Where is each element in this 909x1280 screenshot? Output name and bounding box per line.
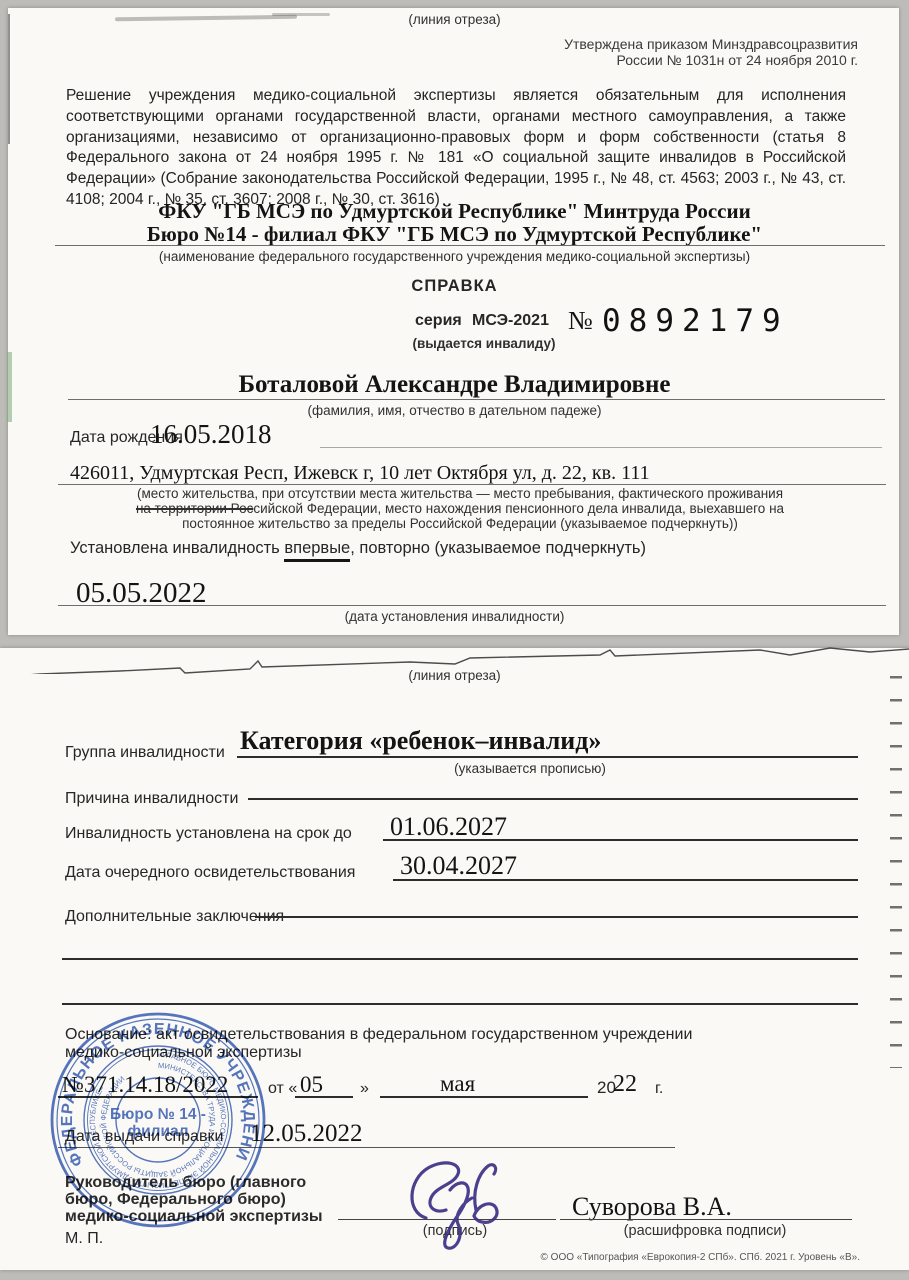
address-caption-line1: (место жительства, при отсутствии места … (60, 487, 860, 502)
blank-line-2 (62, 1003, 858, 1005)
next-exam-value: 30.04.2027 (400, 851, 517, 881)
additional-line (255, 916, 858, 918)
act-from-label: от « (268, 1080, 297, 1098)
certificate-title: СПРАВКА (0, 277, 909, 296)
scan-edge-line (8, 14, 10, 144)
address-caption-line2: на территории Российской Федерации, мест… (60, 502, 860, 517)
cut-line-label-bottom: (линия отреза) (0, 668, 909, 683)
address-caption-line3: постоянное жительство за пределы Российс… (60, 517, 860, 532)
cause-line (248, 798, 858, 800)
blank-line-1 (62, 958, 858, 960)
signer-name-line (560, 1219, 852, 1220)
org-name-line1: ФКУ "ГБ МСЭ по Удмуртской Республике" Ми… (0, 199, 909, 224)
act-year-written: 22 (613, 1071, 637, 1098)
act-month: мая (440, 1071, 475, 1097)
act-day-line (295, 1096, 353, 1098)
signer-name: Суворова В.А. (572, 1192, 732, 1222)
established-label-pre: Установлена инвалидность (70, 539, 284, 557)
series-value: МСЭ-2021 (472, 312, 549, 330)
birth-date-value: 16.05.2018 (150, 419, 272, 450)
address-value: 426011, Удмуртская Респ, Ижевск г, 10 ле… (70, 462, 650, 485)
stamp-center-line1: Бюро № 14 - (110, 1106, 206, 1123)
act-month-line (380, 1096, 588, 1098)
address-underline (58, 484, 886, 485)
printer-footer: © ООО «Типография «Еврокопия-2 СПб». СПб… (470, 1252, 860, 1263)
perforation-marks (890, 676, 902, 1068)
signer-name-caption: (расшифровка подписи) (590, 1223, 820, 1239)
additional-label: Дополнительные заключения (65, 908, 284, 926)
group-caption: (указывается прописью) (430, 761, 630, 776)
org-name-underline (55, 245, 885, 246)
series-label: серия (415, 312, 462, 330)
established-date-line (58, 605, 886, 606)
address-caption: (место жительства, при отсутствии места … (60, 487, 860, 531)
org-name-caption: (наименование федерального государственн… (0, 249, 909, 264)
legal-paragraph: Решение учреждения медико-социальной экс… (66, 86, 846, 211)
official-stamp: ФЕДЕРАЛЬНОЕ КАЗЕННОЕ УЧРЕЖДЕНИЕ «ГЛАВНОЕ… (45, 1007, 271, 1233)
issued-to-caption: (выдается инвалиду) (404, 336, 564, 351)
established-label-post: , повторно (указываемое подчеркнуть) (350, 539, 646, 557)
established-date-caption: (дата установления инвалидности) (0, 609, 909, 624)
org-name-line2: Бюро №14 - филиал ФКУ "ГБ МСЭ по Удмуртс… (0, 222, 909, 247)
act-day: 05 (300, 1072, 323, 1098)
term-label: Инвалидность установлена на срок до (65, 825, 352, 843)
approval-note: Утверждена приказом Минздравсоцразвития … (430, 36, 858, 68)
certificate-number: 0892179 (602, 303, 789, 339)
address-caption-rest: сийской Федерации, место нахождения пенс… (253, 501, 784, 516)
act-year-suffix: г. (655, 1080, 663, 1098)
holder-name-caption: (фамилия, имя, отчество в дательном паде… (0, 403, 909, 418)
number-sign: № (568, 306, 593, 336)
holder-name: Боталовой Александре Владимировне (0, 371, 909, 399)
established-line: Установлена инвалидность впервые, повтор… (70, 539, 646, 558)
next-exam-label: Дата очередного освидетельствования (65, 864, 355, 882)
next-exam-line (393, 879, 858, 881)
cause-label: Причина инвалидности (65, 790, 238, 808)
established-option-underlined: впервые (284, 539, 350, 562)
holder-name-underline (68, 399, 885, 400)
stamp-center-line2: филиал (128, 1123, 189, 1140)
term-line (383, 839, 858, 841)
approval-line2: России № 1031н от 24 ноября 2010 г. (430, 52, 858, 68)
group-label: Группа инвалидности (65, 744, 225, 762)
term-value: 01.06.2027 (390, 812, 507, 842)
signature (398, 1152, 528, 1252)
birth-date-line (320, 447, 882, 448)
cut-line-label-top: (линия отреза) (0, 12, 909, 27)
act-quote-close: » (360, 1080, 369, 1098)
approval-line1: Утверждена приказом Минздравсоцразвития (430, 36, 858, 52)
group-line (237, 756, 858, 758)
address-caption-struck: на территории Рос (136, 501, 253, 516)
group-value: Категория «ребенок–инвалид» (240, 726, 601, 756)
